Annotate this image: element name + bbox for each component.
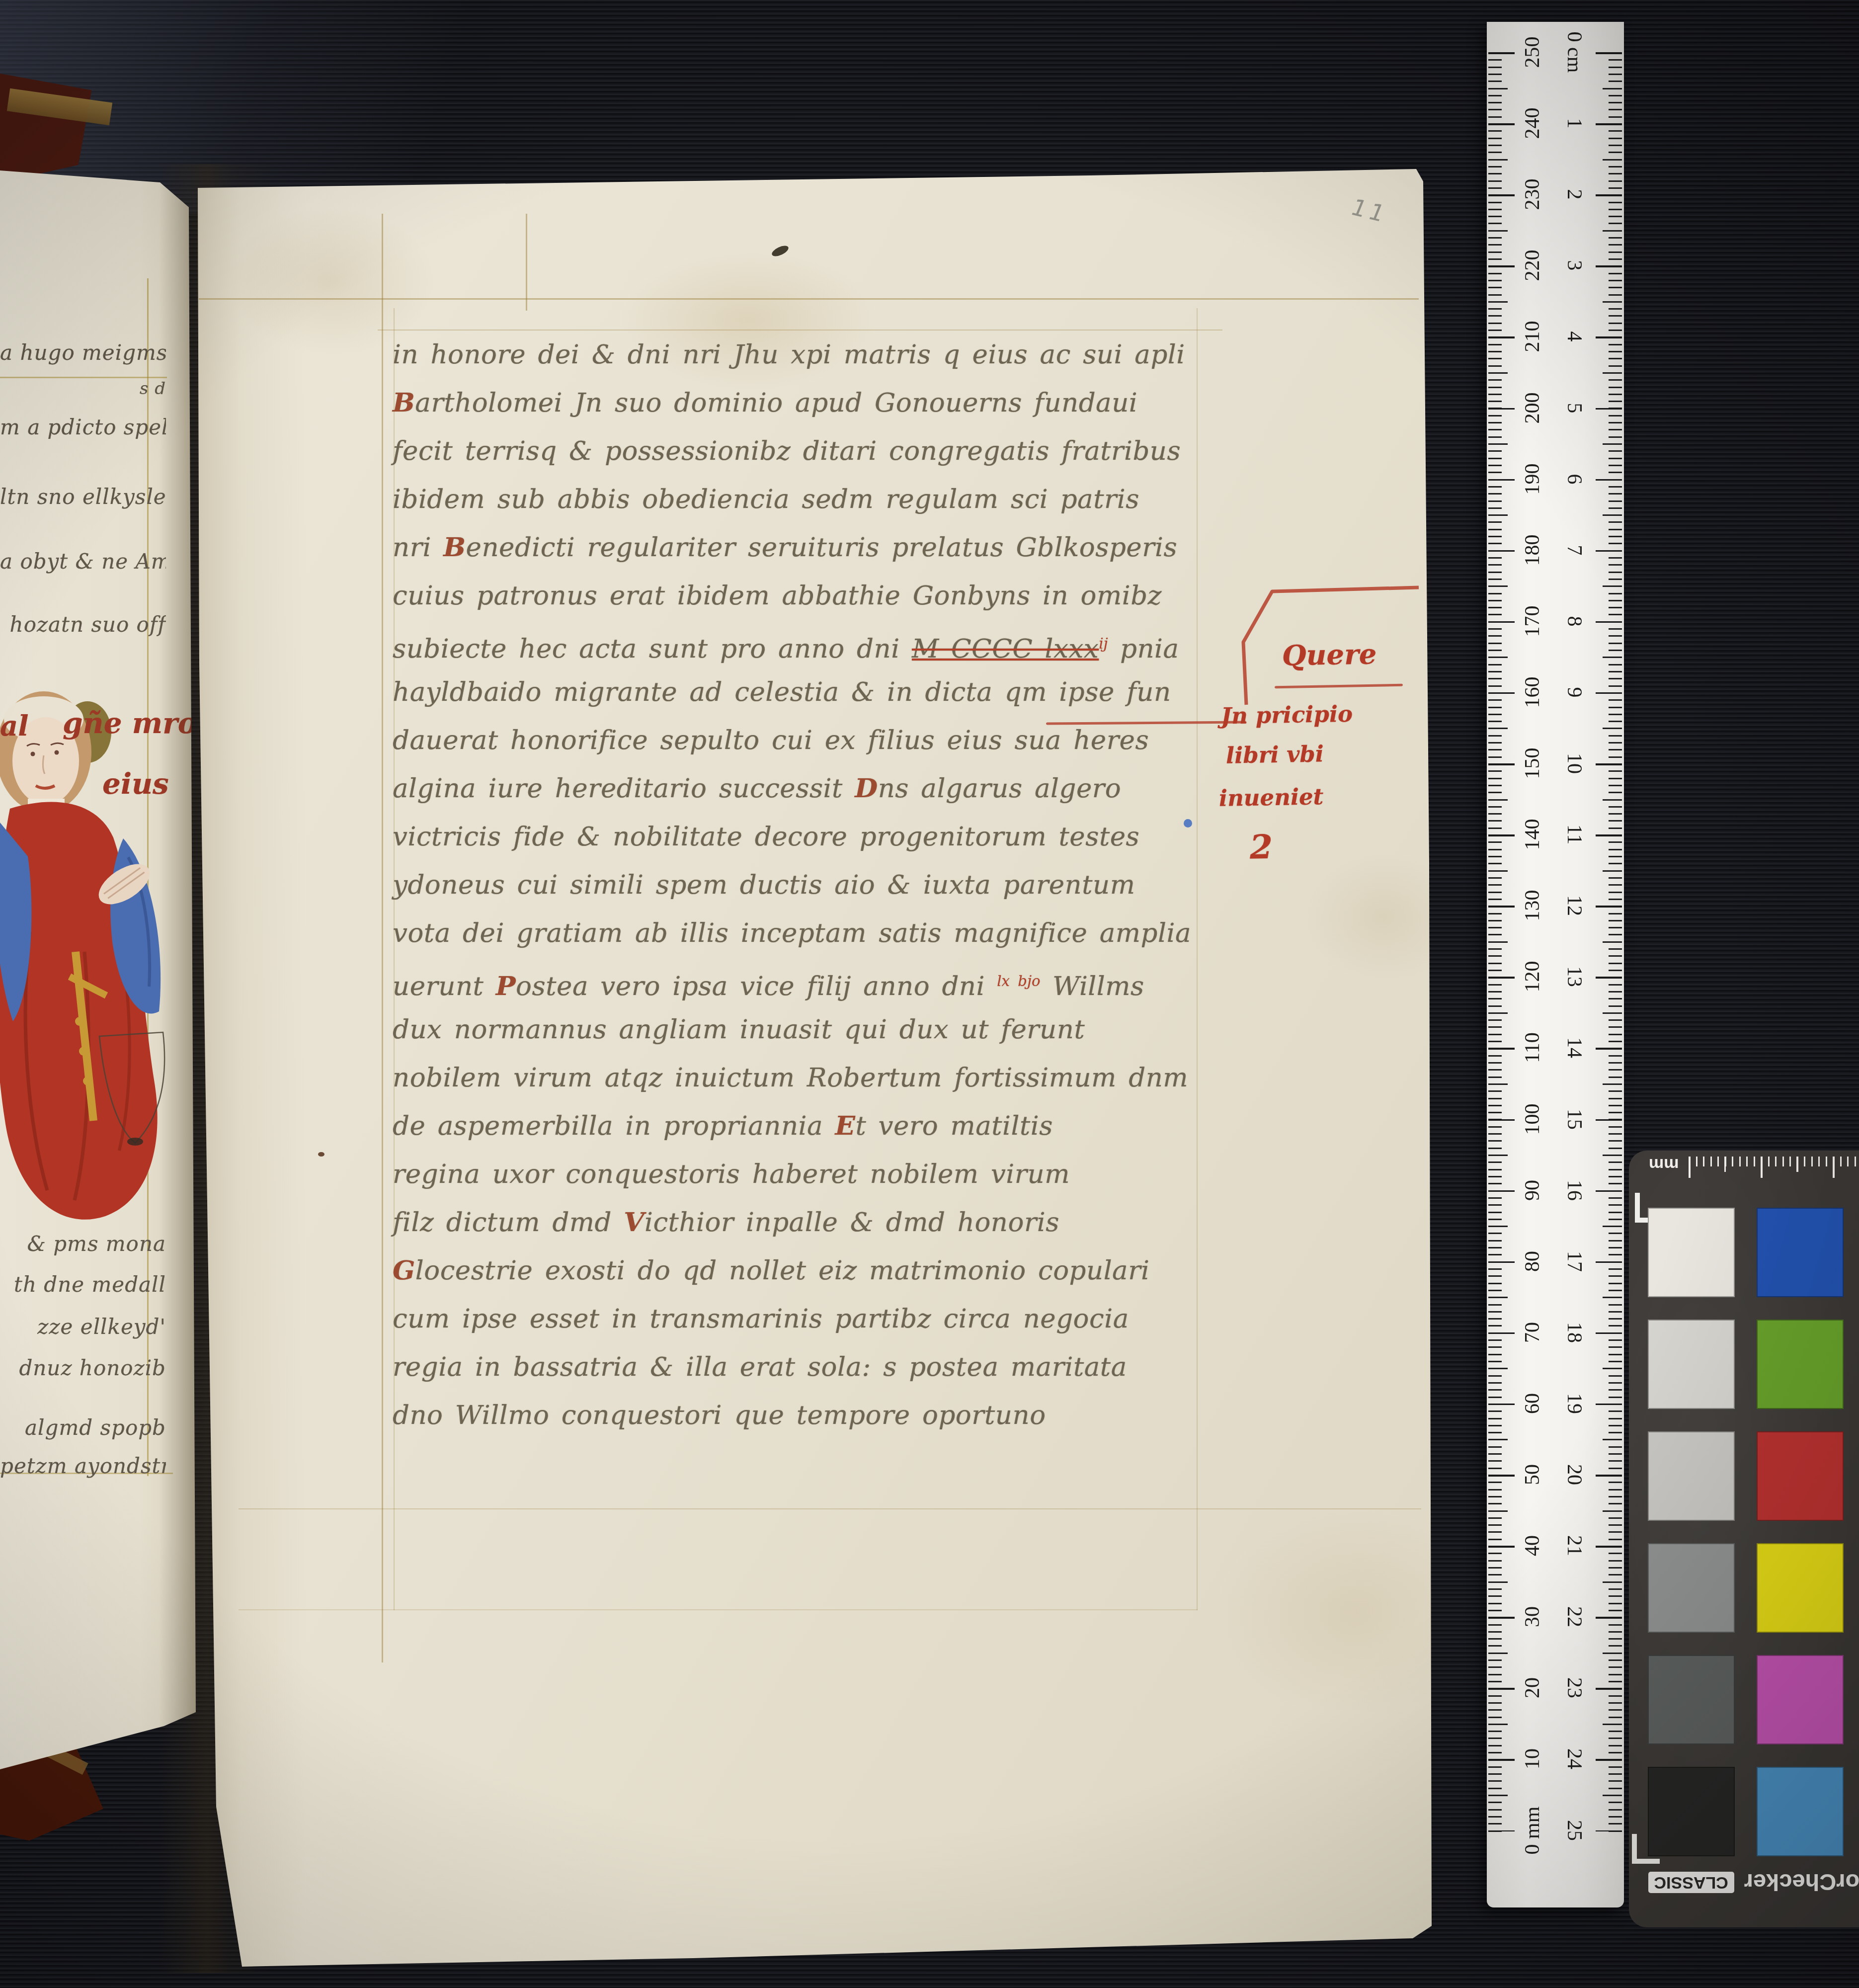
photo-vignette [0,0,1859,1988]
manuscript-photograph: a hugo meigms dms dm a pdicto spellimtlt… [0,0,1859,1988]
